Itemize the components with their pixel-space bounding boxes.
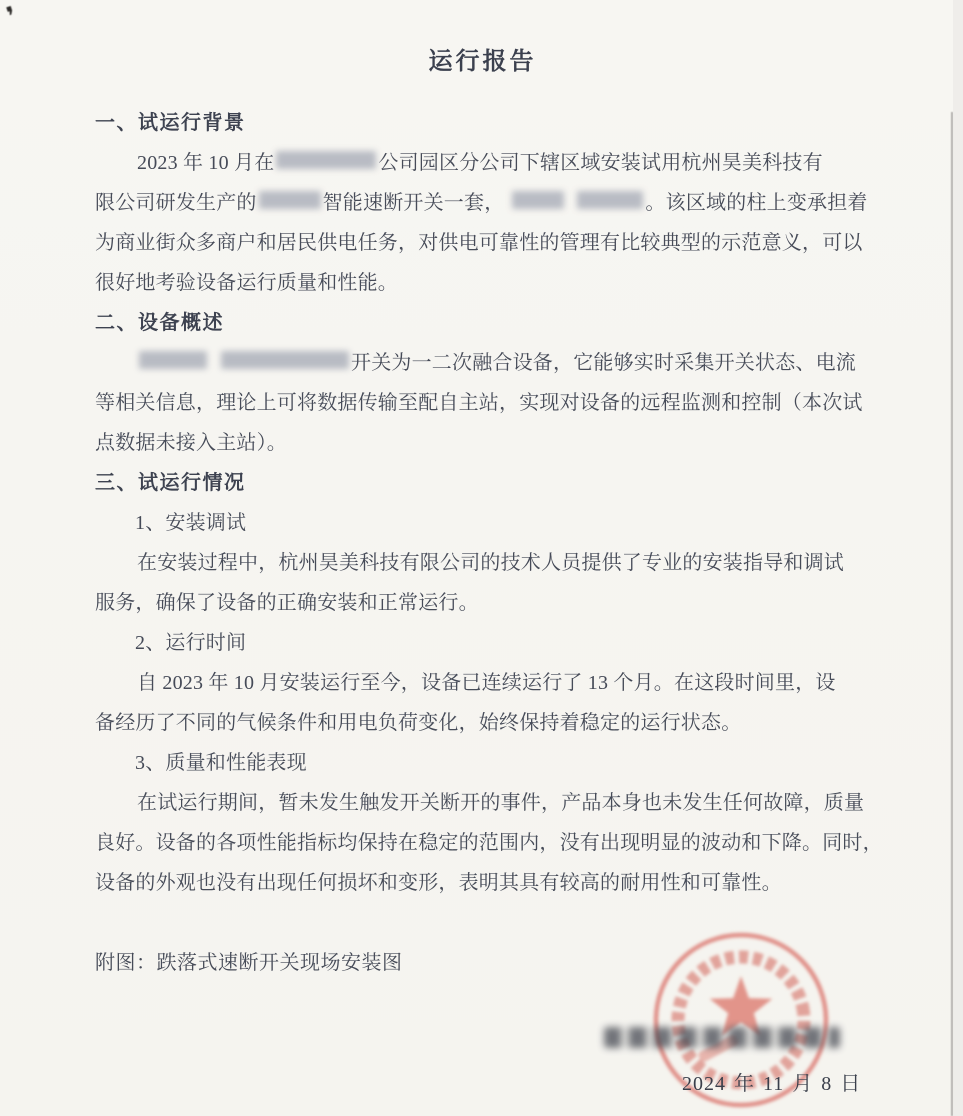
doc-text: 3、质量和性能表现 — [135, 746, 307, 775]
spacer — [504, 200, 510, 201]
doc-heading: 一、试运行背景 — [95, 100, 895, 140]
doc-text: 很好地考验设备运行质量和性能。 — [95, 266, 398, 295]
doc-text: 设备的外观也没有出现任何损坏和变形，表明其具有较高的耐用性和可靠性。 — [95, 866, 782, 895]
doc-text: 点数据未接入主站）。 — [95, 426, 287, 455]
page-edge — [953, 0, 963, 1116]
redacted-company-name — [604, 1027, 840, 1048]
doc-text: 一、试运行背景 — [95, 106, 246, 135]
doc-line: 自 2023 年 10 月安装运行至今，设备已连续运行了 13 个月。在这段时间… — [95, 660, 895, 700]
attachment-caption: 附图：跌落式速断开关现场安装图 — [95, 940, 403, 980]
doc-text: 。该区域的柱上变承担着 — [645, 186, 867, 215]
redacted-text — [139, 351, 207, 369]
doc-line: 设备的外观也没有出现任何损坏和变形，表明其具有较高的耐用性和可靠性。 — [95, 860, 895, 900]
doc-line: 在安装过程中，杭州昊美科技有限公司的技术人员提供了专业的安装指导和调试 — [95, 540, 895, 580]
doc-subitem: 3、质量和性能表现 — [95, 740, 895, 780]
doc-line: 备经历了不同的气候条件和用电负荷变化，始终保持着稳定的运行状态。 — [95, 700, 895, 740]
redacted-text — [259, 191, 321, 209]
report-title: 运行报告 — [95, 38, 870, 78]
doc-line: 限公司研发生产的智能速断开关一套，。该区域的柱上变承担着 — [95, 180, 895, 220]
doc-text: 公司园区分公司下辖区域安装试用杭州昊美科技有 — [378, 146, 822, 175]
doc-text: 2023 年 10 月在 — [137, 146, 274, 175]
doc-line: 服务，确保了设备的正确安装和正常运行。 — [95, 580, 895, 620]
redacted-text — [221, 351, 349, 369]
doc-text: 限公司研发生产的 — [95, 186, 257, 215]
doc-subitem: 1、安装调试 — [95, 500, 895, 540]
document-body: 一、试运行背景2023 年 10 月在公司园区分公司下辖区域安装试用杭州昊美科技… — [95, 100, 895, 900]
spacer — [566, 200, 575, 201]
redacted-text — [512, 191, 564, 209]
doc-text: 2、运行时间 — [135, 626, 246, 655]
corner-mark: ❜ — [4, 1, 21, 32]
doc-line: 很好地考验设备运行质量和性能。 — [95, 260, 895, 300]
doc-text: 开关为一二次融合设备，它能够实时采集开关状态、电流 — [351, 346, 856, 375]
doc-text: 智能速断开关一套， — [323, 186, 505, 215]
report-page: ❜ 运行报告 一、试运行背景2023 年 10 月在公司园区分公司下辖区域安装试… — [0, 0, 963, 1116]
doc-text: 二、设备概述 — [95, 306, 224, 335]
doc-heading: 二、设备概述 — [95, 300, 895, 340]
doc-text: 在安装过程中，杭州昊美科技有限公司的技术人员提供了专业的安装指导和调试 — [137, 546, 844, 575]
doc-line: 良好。设备的各项性能指标均保持在稳定的范围内，没有出现明显的波动和下降。同时， — [95, 820, 895, 860]
doc-line: 等相关信息，理论上可将数据传输至配自主站，实现对设备的远程监测和控制（本次试 — [95, 380, 895, 420]
doc-heading: 三、试运行情况 — [95, 460, 895, 500]
doc-text: 服务，确保了设备的正确安装和正常运行。 — [95, 586, 479, 615]
doc-text: 1、安装调试 — [135, 506, 246, 535]
doc-text: 在试运行期间，暂未发生触发开关断开的事件，产品本身也未发生任何故障，质量 — [137, 786, 864, 815]
doc-text: 为商业街众多商户和居民供电任务，对供电可靠性的管理有比较典型的示范意义，可以 — [95, 226, 863, 255]
redacted-text — [276, 151, 376, 169]
doc-line: 在试运行期间，暂未发生触发开关断开的事件，产品本身也未发生任何故障，质量 — [95, 780, 895, 820]
doc-text: 备经历了不同的气候条件和用电负荷变化，始终保持着稳定的运行状态。 — [95, 706, 741, 735]
doc-subitem: 2、运行时间 — [95, 620, 895, 660]
doc-line: 点数据未接入主站）。 — [95, 420, 895, 460]
doc-text: 良好。设备的各项性能指标均保持在稳定的范围内，没有出现明显的波动和下降。同时， — [95, 826, 883, 855]
doc-text: 自 2023 年 10 月安装运行至今，设备已连续运行了 13 个月。在这段时间… — [137, 666, 836, 695]
doc-text: 三、试运行情况 — [95, 466, 246, 495]
doc-line: 开关为一二次融合设备，它能够实时采集开关状态、电流 — [95, 340, 895, 380]
doc-text: 等相关信息，理论上可将数据传输至配自主站，实现对设备的远程监测和控制（本次试 — [95, 386, 863, 415]
spacer — [209, 360, 219, 361]
doc-line: 2023 年 10 月在公司园区分公司下辖区域安装试用杭州昊美科技有 — [95, 140, 895, 180]
redacted-text — [577, 191, 643, 209]
doc-line: 为商业街众多商户和居民供电任务，对供电可靠性的管理有比较典型的示范意义，可以 — [95, 220, 895, 260]
report-date: 2024 年 11 月 8 日 — [682, 1066, 861, 1096]
